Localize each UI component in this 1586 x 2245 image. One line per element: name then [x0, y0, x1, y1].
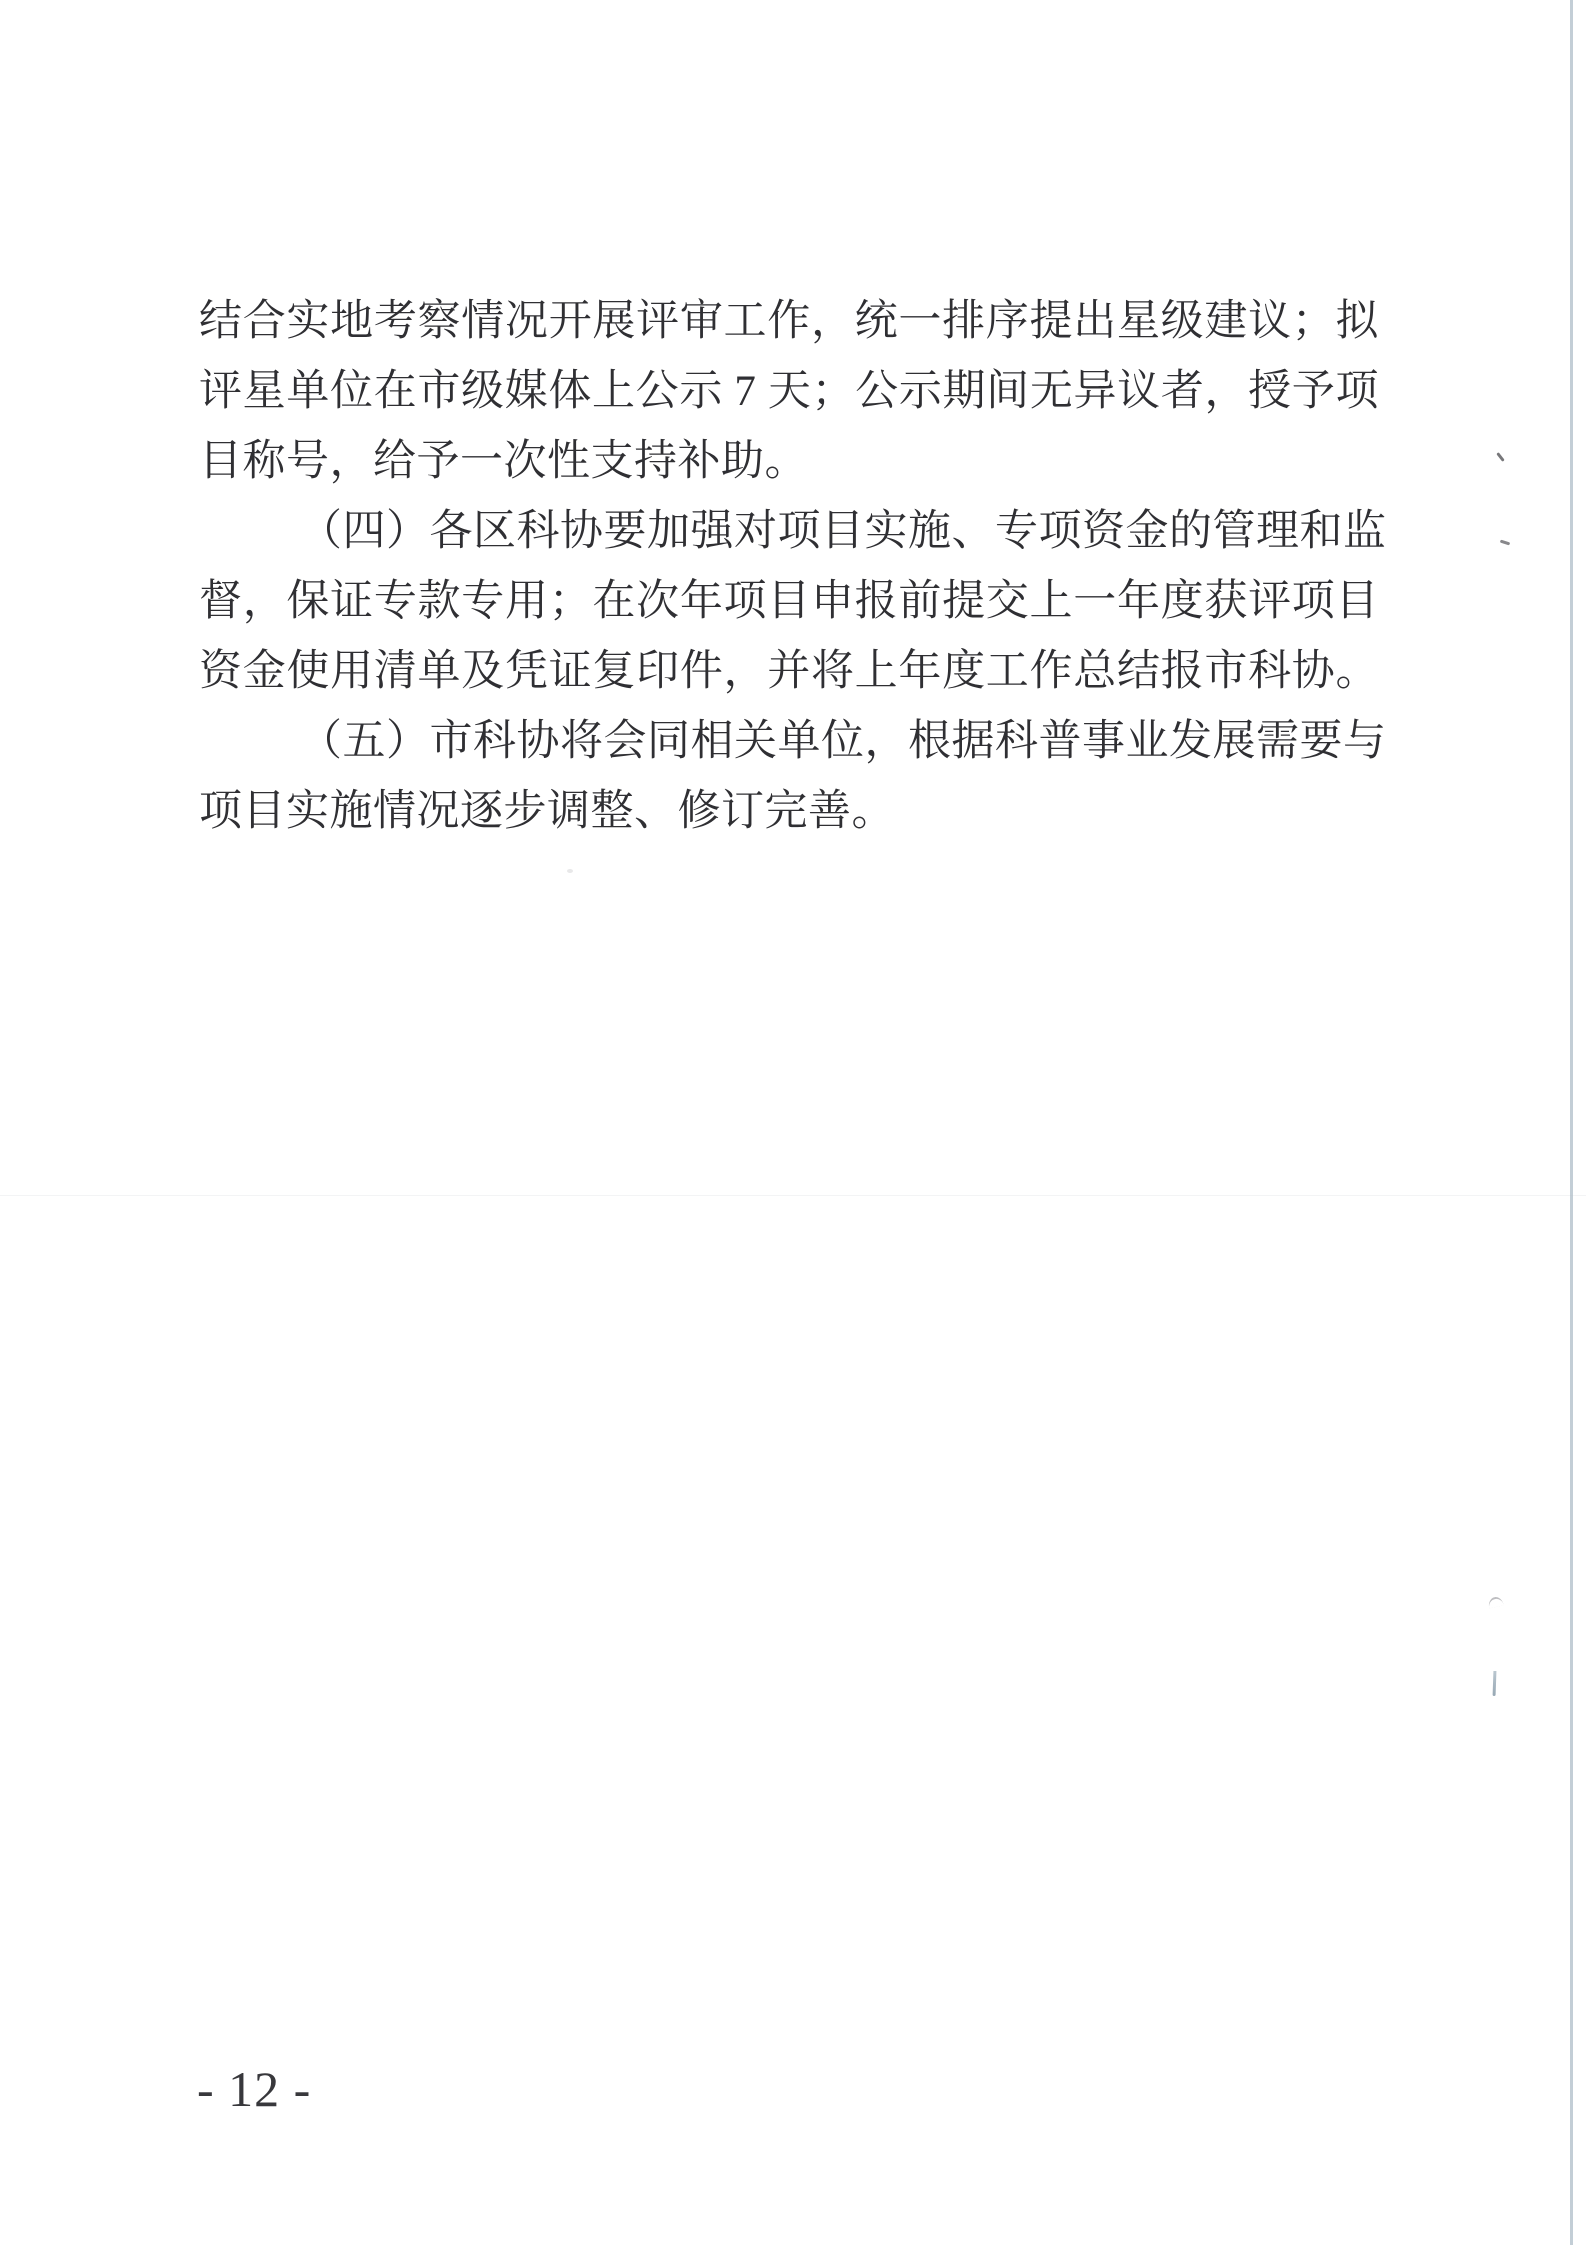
document-body: 结合实地考察情况开展评审工作，统一排序提出星级建议；拟 评星单位在市级媒体上公示… [199, 287, 1379, 847]
document-line: （四）各区科协要加强对项目实施、专项资金的管理和监 [199, 497, 1379, 567]
scan-artifact [1496, 452, 1505, 462]
document-line: 资金使用清单及凭证复印件，并将上年度工作总结报市科协。 [199, 637, 1379, 707]
page: 结合实地考察情况开展评审工作，统一排序提出星级建议；拟 评星单位在市级媒体上公示… [0, 0, 1586, 2245]
document-line: 督，保证专款专用；在次年项目申报前提交上一年度获评项目 [199, 567, 1379, 637]
document-line: 项目实施情况逐步调整、修订完善。 [199, 777, 1379, 847]
scan-edge-line [1570, 0, 1573, 2245]
scan-band-line [0, 1195, 1586, 1196]
scan-artifact [1493, 1671, 1497, 1696]
document-line: 评星单位在市级媒体上公示 7 天；公示期间无异议者，授予项 [199, 357, 1379, 427]
document-line: （五）市科协将会同相关单位，根据科普事业发展需要与 [199, 707, 1379, 777]
scanned-document-page: { "document": { "lines": [ "结合实地考察情况开展评审… [0, 0, 1586, 2245]
page-number: - 12 - [197, 2064, 311, 2114]
scan-artifact [567, 869, 573, 873]
document-line: 目称号，给予一次性支持补助。 [199, 427, 1379, 497]
scan-artifact [1487, 1596, 1504, 1609]
scan-artifact [1500, 540, 1510, 546]
document-line: 结合实地考察情况开展评审工作，统一排序提出星级建议；拟 [199, 287, 1379, 357]
